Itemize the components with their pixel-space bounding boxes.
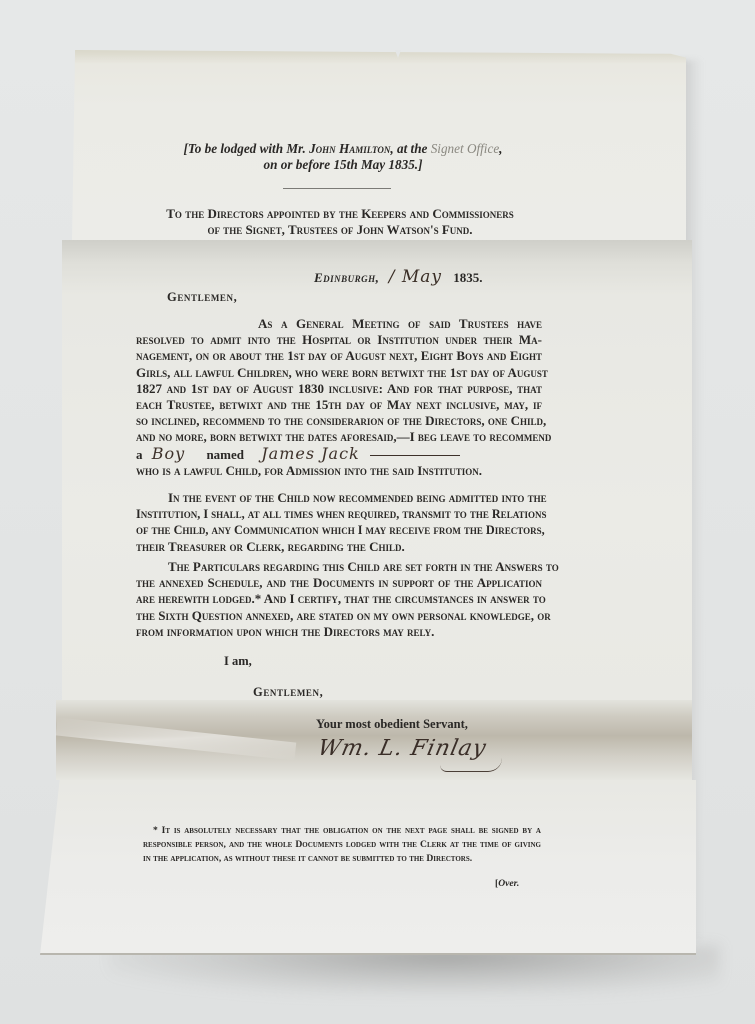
lodging-instruction-line-2: on or before 15th May 1835.] [148,158,538,171]
paragraph-communication: In the event of the Child now recommende… [136,490,542,555]
handwritten-gender: Boy [152,444,185,463]
address-line-1: To the Directors appointed by the Keeper… [130,207,550,220]
paragraph-line: Institution, I shall, at all times when … [136,506,542,522]
paper-panel-bottom [40,780,696,955]
salutation: Gentlemen, [167,291,237,304]
header-divider [283,188,391,189]
lodging-prefix: [To be lodged with Mr. [184,141,310,156]
paragraph-line: from information upon which the Director… [136,624,542,640]
paragraph-line: Girls, all lawful Children, who were bor… [136,365,542,381]
lodging-mid: , at the [390,141,430,156]
paragraph-line: so inclined, recommend to the considerar… [136,413,542,429]
handwritten-signature: Wm. L. Finlay [316,738,489,760]
footnote-line: * It is absolutely necessary that the ob… [143,824,541,838]
paragraph-line: As a General Meeting of said Trustees ha… [136,316,542,332]
dateline-year: 1835. [453,270,482,285]
paragraph-line: In the event of the Child now recommende… [136,490,542,506]
paragraph-line: their Treasurer or Clerk, regarding the … [136,539,542,555]
lodging-name: John Hamilton [309,141,390,156]
paragraph-line: 1827 and 1st day of August 1830 inclusiv… [136,381,542,397]
paragraph-line: who is a lawful Child, for Admission int… [136,463,542,479]
paragraph-line: of the Child, any Communication which I … [136,522,542,538]
recommend-fill-line: a Boy named James Jack [136,446,542,463]
lodging-office: Signet Office [431,141,499,156]
footnote-line: in the application, as without these it … [143,852,541,866]
paragraph-line: the Sixth Question annexed, are stated o… [136,608,542,624]
over-marker: [Over. [495,879,519,889]
closing-gentlemen: Gentlemen, [253,686,323,699]
paragraph-particulars: The Particulars regarding this Child are… [136,559,542,640]
closing-servant: Your most obedient Servant, [316,718,468,731]
paragraph-line: each Trustee, betwixt and the 15th day o… [136,397,542,413]
paragraph-line: the annexed Schedule, and the Documents … [136,575,542,591]
named-label: named [206,447,244,462]
paragraph-line: are herewith lodged.* And I certify, tha… [136,591,542,607]
footnote: * It is absolutely necessary that the ob… [143,824,541,866]
lodging-suffix: , [499,141,502,156]
paragraph-recommendation: As a General Meeting of said Trustees ha… [136,316,542,479]
handwritten-child-name: James Jack [261,444,360,463]
dateline: Edinburgh, / May 1835. [314,269,482,286]
over-label: Over. [498,878,519,889]
lodging-instruction-line-1: [To be lodged with Mr. John Hamilton, at… [148,142,538,155]
dateline-place: Edinburgh, [314,270,379,285]
paragraph-line: resolved to admit into the Hospital or I… [136,332,542,348]
handwritten-date: / May [389,267,442,287]
paragraph-line: nagement, on or about the 1st day of Aug… [136,348,542,364]
closing-i-am: I am, [224,655,252,668]
name-blank-line [370,455,460,456]
address-line-2: of the Signet, Trustees of John Watson's… [130,223,550,236]
signature-flourish [440,758,502,772]
recommend-prefix: a [136,447,143,462]
paragraph-line: The Particulars regarding this Child are… [136,559,542,575]
footnote-line: responsible person, and the whole Docume… [143,838,541,852]
